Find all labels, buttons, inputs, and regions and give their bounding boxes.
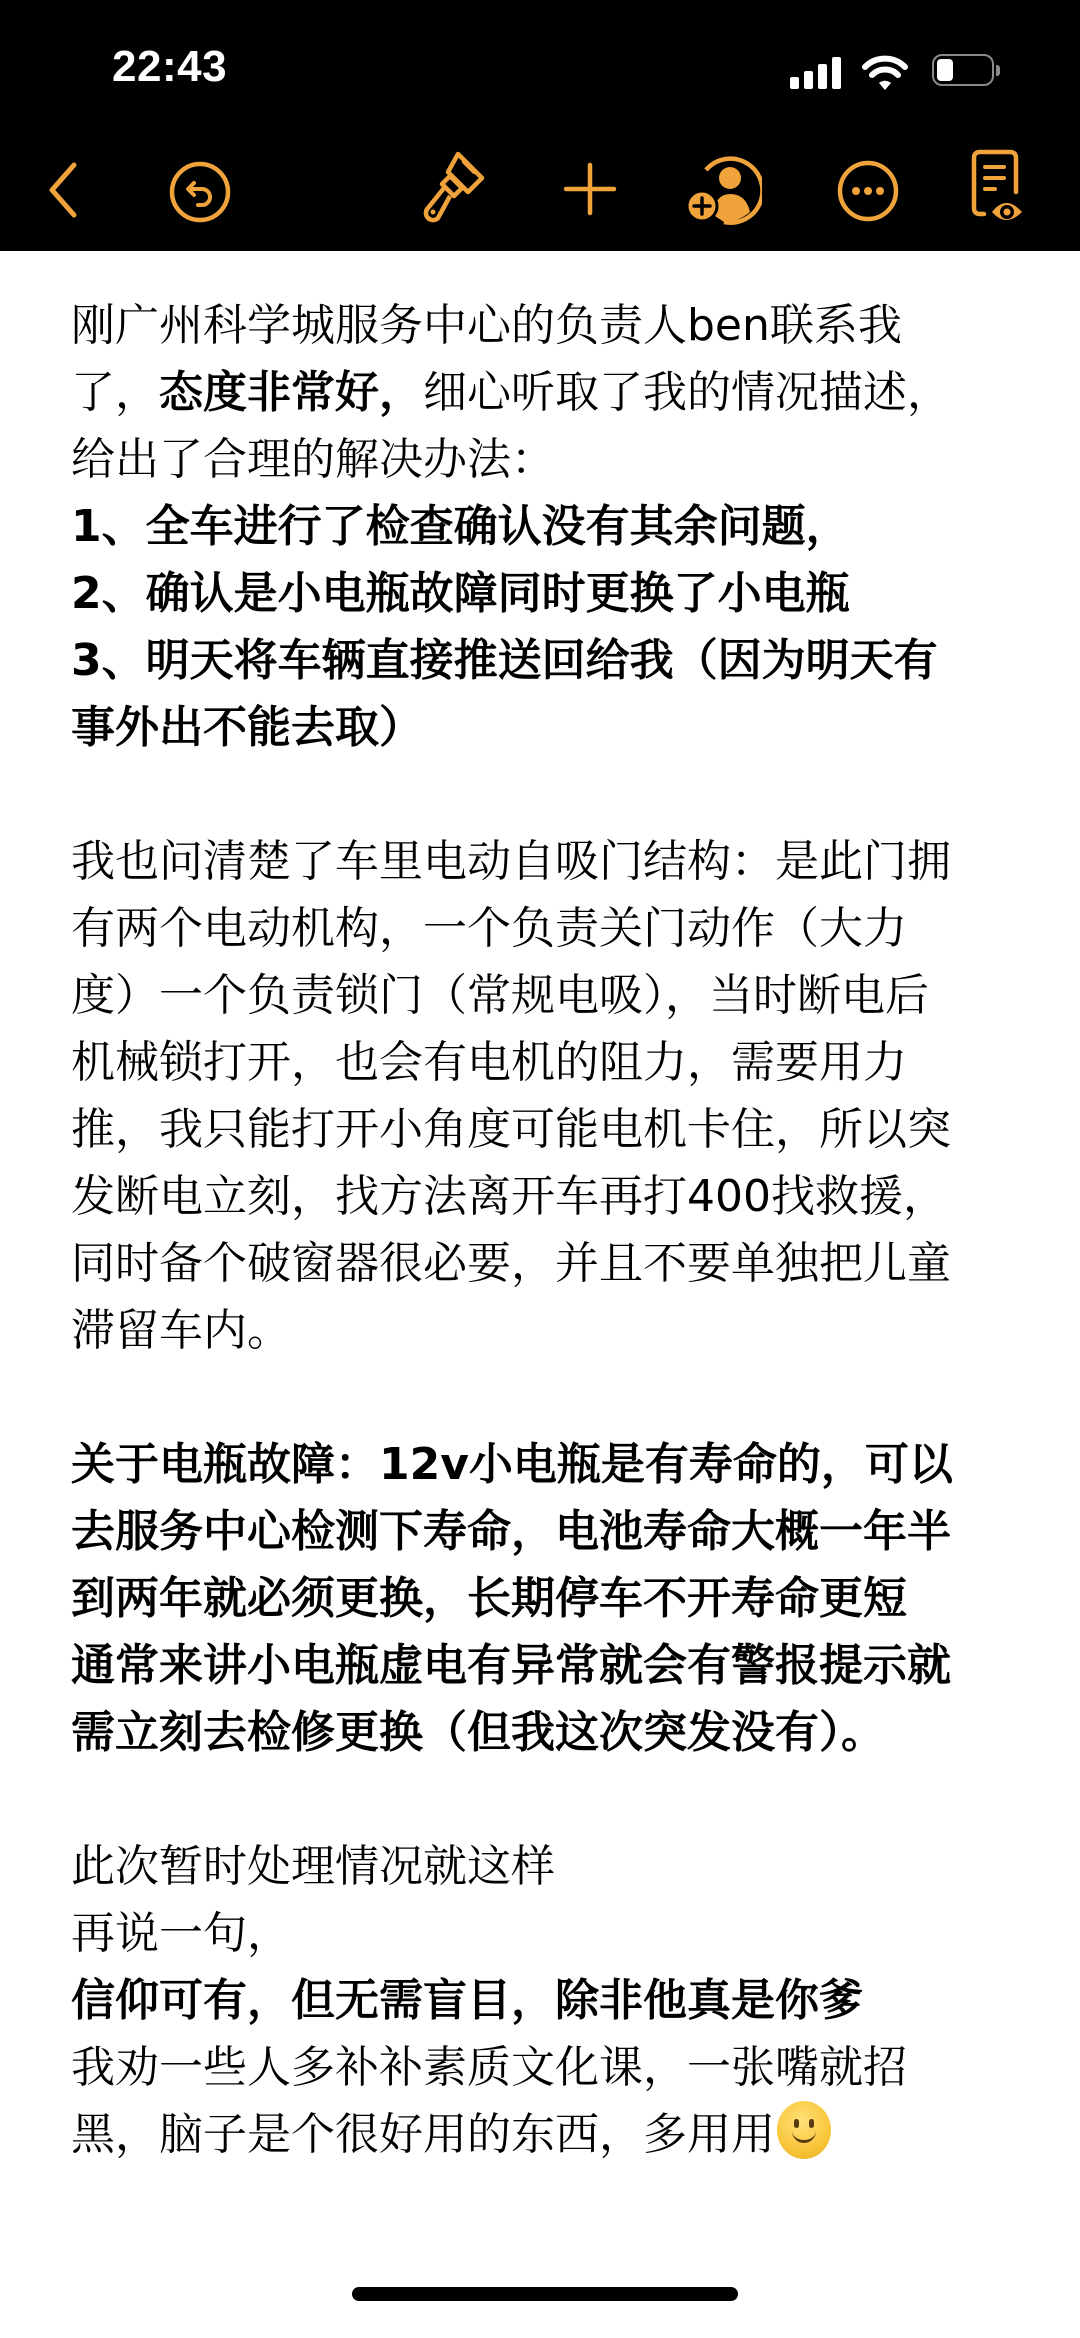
note-line: 我也问清楚了车里电动自吸门结构：是此门拥 — [71, 828, 1031, 895]
note-line: 发断电立刻，找方法离开车再打400找救援， — [71, 1163, 1031, 1230]
note-line: 再说一句， — [71, 1900, 1031, 1967]
note-line: 信仰可有，但无需盲目，除非他真是你爹 — [71, 1967, 1031, 2034]
undo-icon[interactable] — [168, 160, 232, 224]
blank-line — [71, 761, 1031, 828]
note-line: 同时备个破窗器很必要，并且不要单独把儿童 — [71, 1230, 1031, 1297]
collaborate-add-person-icon[interactable] — [686, 154, 762, 226]
note-list-item: 事外出不能去取） — [71, 694, 1031, 761]
note-line: 给出了合理的解决办法： — [71, 426, 1031, 493]
blank-line — [71, 1364, 1031, 1431]
note-line: 需立刻去检修更换（但我这次突发没有）。 — [71, 1699, 1031, 1766]
back-chevron-icon[interactable] — [44, 160, 84, 220]
note-text: 细心听取了我的情况描述， — [423, 367, 951, 418]
note-line: 滞留车内。 — [71, 1297, 1031, 1364]
status-time: 22:43 — [112, 42, 227, 92]
add-icon[interactable] — [563, 162, 617, 216]
note-line: 黑，脑子是个很好用的东西，多用用 — [71, 2101, 1031, 2168]
home-indicator[interactable] — [352, 2287, 738, 2301]
note-list-item: 1、全车进行了检查确认没有其余问题， — [71, 493, 1031, 560]
blank-line — [71, 1766, 1031, 1833]
cellular-signal-icon — [790, 57, 842, 89]
note-line: 此次暂时处理情况就这样 — [71, 1833, 1031, 1900]
note-line: 关于电瓶故障：12v小电瓶是有寿命的，可以 — [71, 1431, 1031, 1498]
note-bold-text: 态度非常好， — [159, 367, 423, 418]
note-line: 度）一个负责锁门（常规电吸），当时断电后 — [71, 962, 1031, 1029]
note-text: 了， — [71, 367, 159, 418]
status-bar: 22:43 — [0, 0, 1080, 130]
wifi-icon — [862, 54, 908, 92]
note-line: 刚广州科学城服务中心的负责人ben联系我 — [71, 292, 1031, 359]
note-text: 黑，脑子是个很好用的东西，多用用 — [71, 2109, 775, 2160]
note-line: 机械锁打开，也会有电机的阻力，需要用力 — [71, 1029, 1031, 1096]
note-line: 去服务中心检测下寿命，电池寿命大概一年半 — [71, 1498, 1031, 1565]
note-line: 到两年就必须更换，长期停车不开寿命更短 — [71, 1565, 1031, 1632]
note-line: 了，态度非常好，细心听取了我的情况描述， — [71, 359, 1031, 426]
note-line: 有两个电动机构，一个负责关门动作（大力 — [71, 895, 1031, 962]
slightly-smiling-face-icon — [777, 2101, 831, 2159]
note-line: 推，我只能打开小角度可能电机卡住，所以突 — [71, 1096, 1031, 1163]
more-options-icon[interactable] — [836, 159, 900, 223]
note-list-item: 2、确认是小电瓶故障同时更换了小电瓶 — [71, 560, 1031, 627]
note-line: 我劝一些人多补补素质文化课，一张嘴就招 — [71, 2034, 1031, 2101]
note-line: 通常来讲小电瓶虚电有异常就会有警报提示就 — [71, 1632, 1031, 1699]
note-toolbar — [0, 130, 1080, 251]
battery-low-icon — [932, 54, 1000, 90]
format-brush-icon[interactable] — [418, 148, 488, 232]
note-list-item: 3、明天将车辆直接推送回给我（因为明天有 — [71, 627, 1031, 694]
reading-view-icon[interactable] — [970, 148, 1030, 228]
note-body[interactable]: 刚广州科学城服务中心的负责人ben联系我 了，态度非常好，细心听取了我的情况描述… — [71, 292, 1031, 2168]
